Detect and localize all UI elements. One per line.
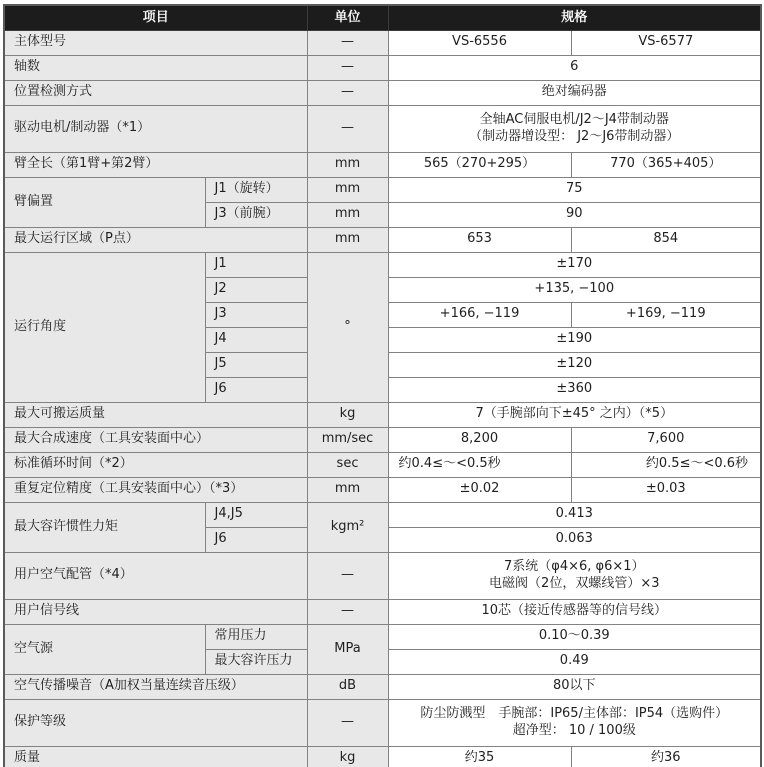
- cycle-time-b: 约0.5≤～<0.6秒: [571, 452, 761, 477]
- motion-j4-label: J4: [205, 327, 307, 352]
- position-detection-label: 位置检测方式: [4, 80, 307, 105]
- drive-motor-label: 驱动电机/制动器（*1）: [4, 105, 307, 152]
- drive-motor-line2: （制动器增设型： J2～J6带制动器）: [395, 129, 755, 145]
- spec-table: 项目 单位 规格 主体型号 — VS-6556 VS-6577 轴数 — 6 位…: [3, 4, 762, 767]
- row-user-air-piping: 用户空气配管（*4） — 7系统（φ4×6, φ6×1） 电磁阀（2位，双螺线管…: [4, 552, 761, 599]
- repeatability-label: 重复定位精度（工具安装面中心）（*3）: [4, 477, 307, 502]
- row-mass: 质量 kg 约35 约36: [4, 746, 761, 767]
- model-unit: —: [307, 30, 388, 55]
- arm-length-b: 770（365+405）: [571, 152, 761, 177]
- max-payload-value: 7（手腕部向下±45° 之内）（*5）: [388, 402, 761, 427]
- motion-j2-label: J2: [205, 277, 307, 302]
- max-inertia-unit: kgm²: [307, 502, 388, 552]
- arm-offset-j3-value: 90: [388, 202, 761, 227]
- max-speed-b: 7,600: [571, 427, 761, 452]
- max-range-b: 854: [571, 227, 761, 252]
- max-inertia-label: 最大容许惯性力矩: [4, 502, 205, 552]
- header-item: 项目: [4, 5, 307, 30]
- motion-j1-label: J1: [205, 252, 307, 277]
- max-speed-label: 最大合成速度（工具安装面中心）: [4, 427, 307, 452]
- drive-motor-unit: —: [307, 105, 388, 152]
- motion-j3-label: J3: [205, 302, 307, 327]
- inertia-j6-value: 0.063: [388, 527, 761, 552]
- motion-j3-a: +166, −119: [388, 302, 571, 327]
- arm-offset-j1-unit: mm: [307, 177, 388, 202]
- row-axes: 轴数 — 6: [4, 55, 761, 80]
- row-air-normal: 空气源 常用压力 MPa 0.10～0.39: [4, 624, 761, 649]
- motion-j6-value: ±360: [388, 377, 761, 402]
- drive-motor-value: 全轴AC伺服电机/J2～J4带制动器 （制动器增设型： J2～J6带制动器）: [388, 105, 761, 152]
- air-max-label: 最大容许压力: [205, 649, 307, 674]
- row-drive-motor: 驱动电机/制动器（*1） — 全轴AC伺服电机/J2～J4带制动器 （制动器增设…: [4, 105, 761, 152]
- row-max-payload: 最大可搬运质量 kg 7（手腕部向下±45° 之内）（*5）: [4, 402, 761, 427]
- arm-offset-j1-label: J1（旋转）: [205, 177, 307, 202]
- row-arm-offset-j1: 臂偏置 J1（旋转） mm 75: [4, 177, 761, 202]
- row-protection: 保护等级 — 防尘防溅型 手腕部：IP65/主体部：IP54（选购件） 超净型：…: [4, 699, 761, 746]
- row-inertia-j4j5: 最大容许惯性力矩 J4,J5 kgm² 0.413: [4, 502, 761, 527]
- mass-unit: kg: [307, 746, 388, 767]
- row-max-speed: 最大合成速度（工具安装面中心） mm/sec 8,200 7,600: [4, 427, 761, 452]
- inertia-j4j5-value: 0.413: [388, 502, 761, 527]
- header-spec: 规格: [388, 5, 761, 30]
- arm-length-label: 臂全长（第1臂+第2臂）: [4, 152, 307, 177]
- cycle-time-unit: sec: [307, 452, 388, 477]
- max-range-a: 653: [388, 227, 571, 252]
- mass-a: 约35: [388, 746, 571, 767]
- model-label: 主体型号: [4, 30, 307, 55]
- user-signal-unit: —: [307, 599, 388, 624]
- model-b: VS-6577: [571, 30, 761, 55]
- protection-line1: 防尘防溅型 手腕部：IP65/主体部：IP54（选购件）: [395, 706, 755, 722]
- air-source-unit: MPa: [307, 624, 388, 674]
- mass-b: 约36: [571, 746, 761, 767]
- max-speed-a: 8,200: [388, 427, 571, 452]
- motion-j1-value: ±170: [388, 252, 761, 277]
- arm-offset-label: 臂偏置: [4, 177, 205, 227]
- row-motion-j1: 运行角度 J1 ° ±170: [4, 252, 761, 277]
- protection-label: 保护等级: [4, 699, 307, 746]
- air-source-label: 空气源: [4, 624, 205, 674]
- inertia-j6-label: J6: [205, 527, 307, 552]
- user-signal-value: 10芯（接近传感器等的信号线）: [388, 599, 761, 624]
- motion-j2-value: +135, −100: [388, 277, 761, 302]
- protection-unit: —: [307, 699, 388, 746]
- repeatability-unit: mm: [307, 477, 388, 502]
- header-row: 项目 单位 规格: [4, 5, 761, 30]
- noise-unit: dB: [307, 674, 388, 699]
- user-air-piping-label: 用户空气配管（*4）: [4, 552, 307, 599]
- mass-label: 质量: [4, 746, 307, 767]
- position-detection-unit: —: [307, 80, 388, 105]
- motion-j6-label: J6: [205, 377, 307, 402]
- arm-offset-j1-value: 75: [388, 177, 761, 202]
- protection-line2: 超净型： 10 / 100级: [395, 723, 755, 739]
- row-cycle-time: 标准循环时间（*2） sec 约0.4≤～<0.5秒 约0.5≤～<0.6秒: [4, 452, 761, 477]
- row-repeatability: 重复定位精度（工具安装面中心）（*3） mm ±0.02 ±0.03: [4, 477, 761, 502]
- air-normal-label: 常用压力: [205, 624, 307, 649]
- max-speed-unit: mm/sec: [307, 427, 388, 452]
- row-max-range: 最大运行区域（P点） mm 653 854: [4, 227, 761, 252]
- row-position-detection: 位置检测方式 — 绝对编码器: [4, 80, 761, 105]
- axes-value: 6: [388, 55, 761, 80]
- motion-angle-unit: °: [307, 252, 388, 402]
- motion-angle-label: 运行角度: [4, 252, 205, 402]
- motion-j4-value: ±190: [388, 327, 761, 352]
- row-noise: 空气传播噪音（A加权当量连续音压级） dB 80以下: [4, 674, 761, 699]
- header-unit: 单位: [307, 5, 388, 30]
- repeatability-b: ±0.03: [571, 477, 761, 502]
- user-air-piping-value: 7系统（φ4×6, φ6×1） 电磁阀（2位，双螺线管）×3: [388, 552, 761, 599]
- max-payload-label: 最大可搬运质量: [4, 402, 307, 427]
- motion-j5-label: J5: [205, 352, 307, 377]
- max-range-label: 最大运行区域（P点）: [4, 227, 307, 252]
- axes-unit: —: [307, 55, 388, 80]
- arm-length-a: 565（270+295）: [388, 152, 571, 177]
- noise-value: 80以下: [388, 674, 761, 699]
- user-air-piping-line2: 电磁阀（2位，双螺线管）×3: [395, 576, 755, 592]
- row-user-signal: 用户信号线 — 10芯（接近传感器等的信号线）: [4, 599, 761, 624]
- position-detection-value: 绝对编码器: [388, 80, 761, 105]
- drive-motor-line1: 全轴AC伺服电机/J2～J4带制动器: [395, 112, 755, 128]
- user-air-piping-unit: —: [307, 552, 388, 599]
- user-signal-label: 用户信号线: [4, 599, 307, 624]
- air-normal-value: 0.10～0.39: [388, 624, 761, 649]
- motion-j5-value: ±120: [388, 352, 761, 377]
- cycle-time-a: 约0.4≤～<0.5秒: [388, 452, 571, 477]
- arm-length-unit: mm: [307, 152, 388, 177]
- cycle-time-label: 标准循环时间（*2）: [4, 452, 307, 477]
- protection-value: 防尘防溅型 手腕部：IP65/主体部：IP54（选购件） 超净型： 10 / 1…: [388, 699, 761, 746]
- row-arm-length: 臂全长（第1臂+第2臂） mm 565（270+295） 770（365+405…: [4, 152, 761, 177]
- arm-offset-j3-unit: mm: [307, 202, 388, 227]
- inertia-j4j5-label: J4,J5: [205, 502, 307, 527]
- user-air-piping-line1: 7系统（φ4×6, φ6×1）: [395, 559, 755, 575]
- axes-label: 轴数: [4, 55, 307, 80]
- arm-offset-j3-label: J3（前腕）: [205, 202, 307, 227]
- motion-j3-b: +169, −119: [571, 302, 761, 327]
- max-range-unit: mm: [307, 227, 388, 252]
- air-max-value: 0.49: [388, 649, 761, 674]
- max-payload-unit: kg: [307, 402, 388, 427]
- repeatability-a: ±0.02: [388, 477, 571, 502]
- spec-sheet: 项目 单位 规格 主体型号 — VS-6556 VS-6577 轴数 — 6 位…: [0, 0, 764, 767]
- row-model: 主体型号 — VS-6556 VS-6577: [4, 30, 761, 55]
- model-a: VS-6556: [388, 30, 571, 55]
- noise-label: 空气传播噪音（A加权当量连续音压级）: [4, 674, 307, 699]
